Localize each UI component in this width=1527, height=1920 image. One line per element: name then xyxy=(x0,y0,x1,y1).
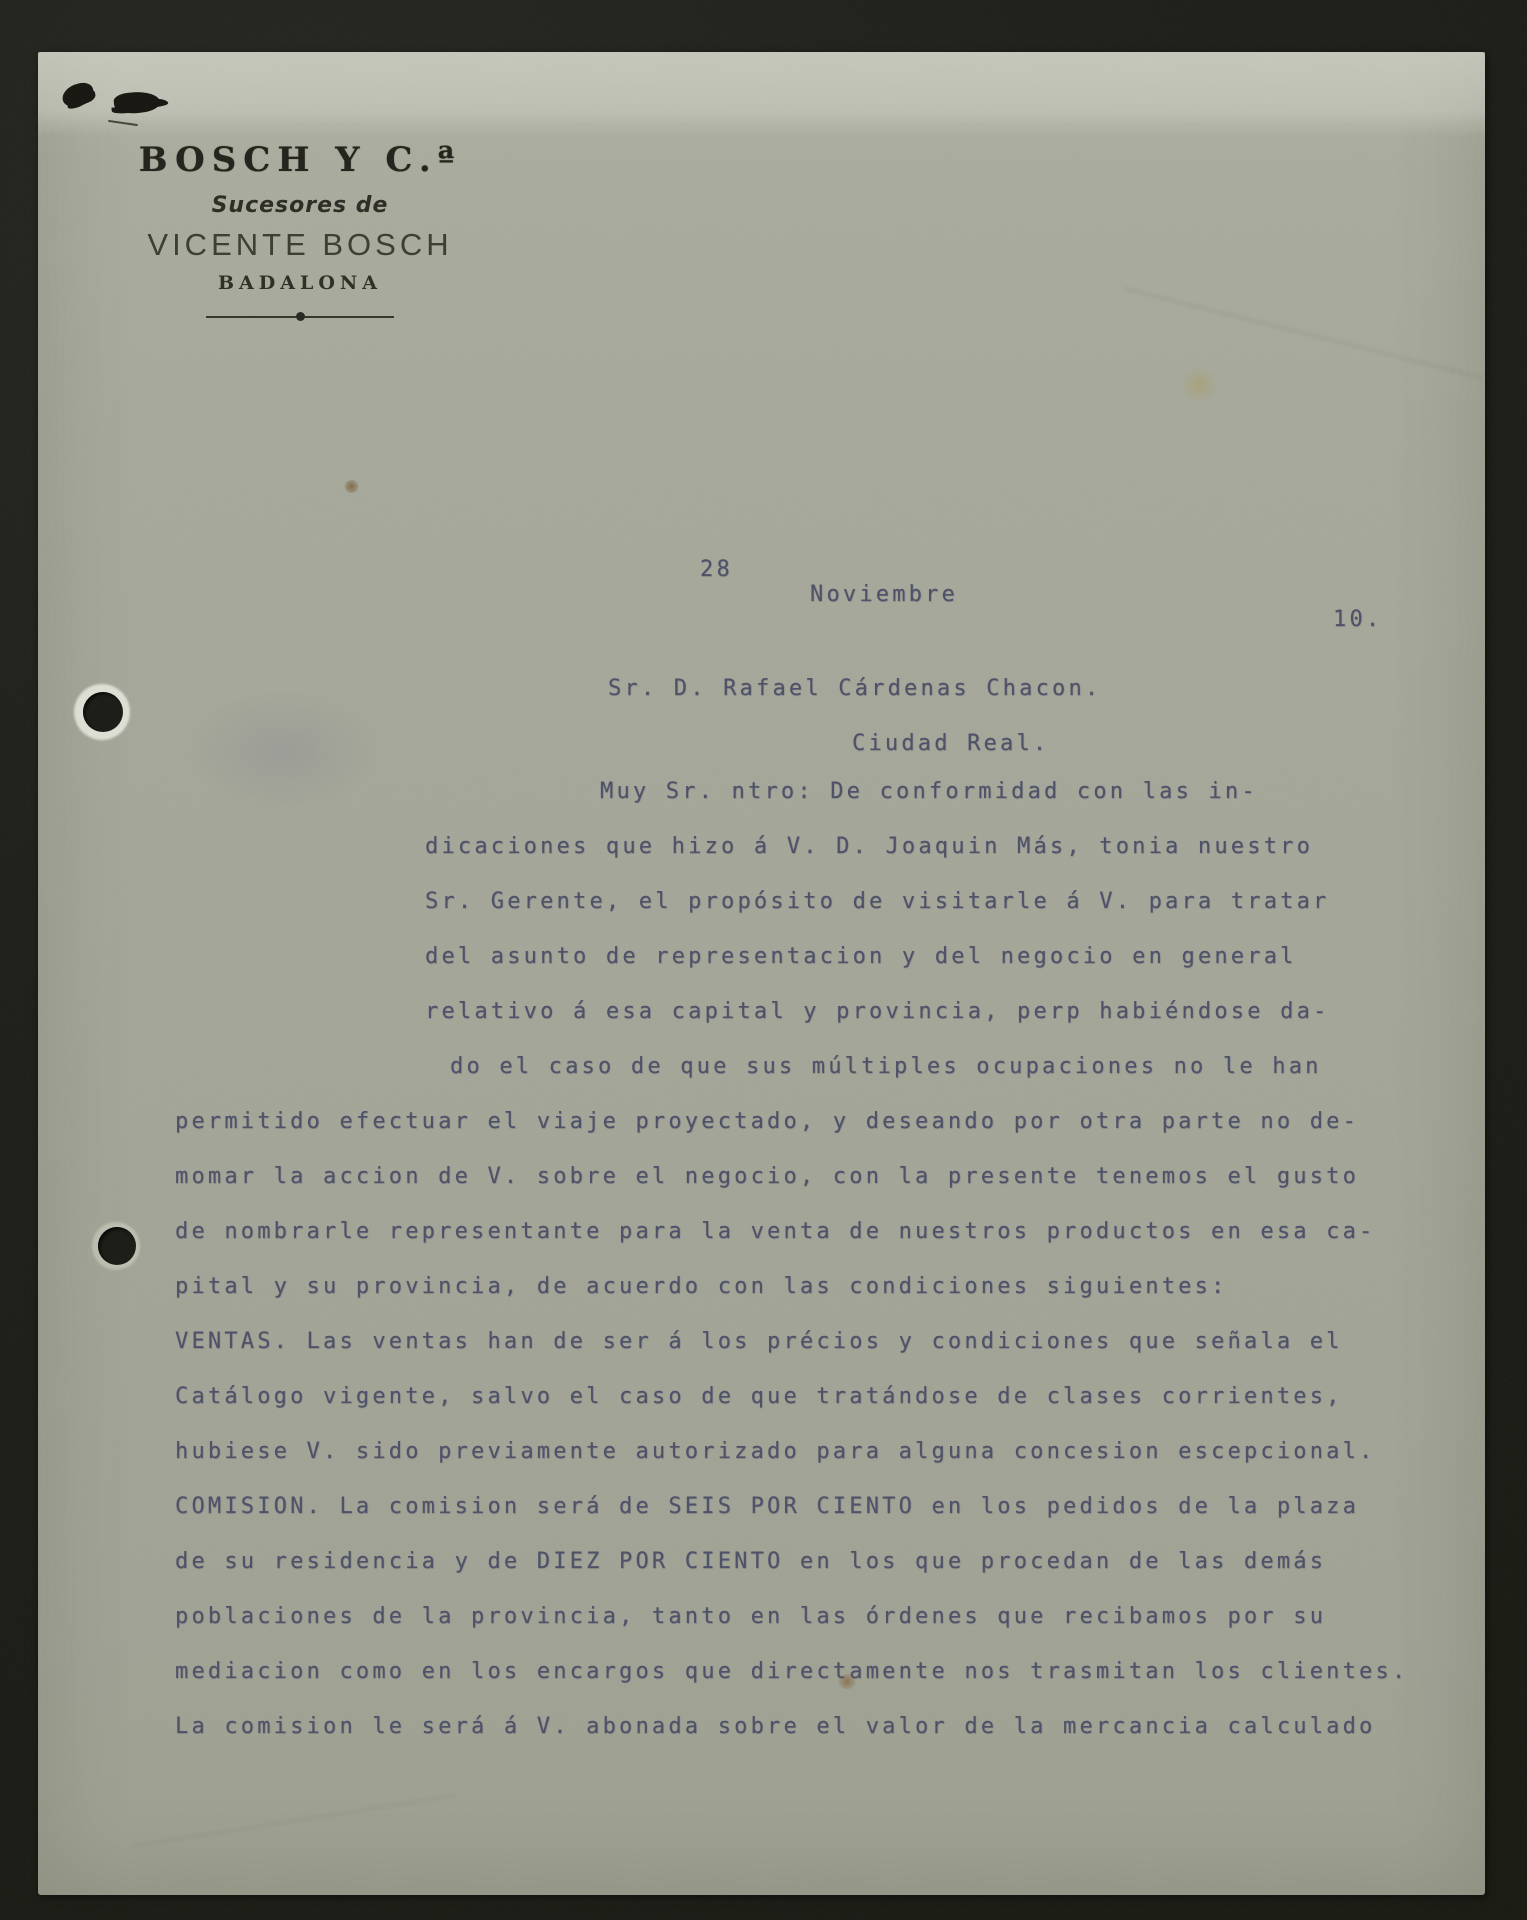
letter-line: poblaciones de la provincia, tanto en la… xyxy=(38,1599,1485,1654)
divider-dot xyxy=(296,312,305,321)
letter-line: dicaciones que hizo á V. D. Joaquin Más,… xyxy=(38,829,1485,884)
letter-line: VENTAS. Las ventas han de ser á los préc… xyxy=(38,1324,1485,1379)
punch-hole xyxy=(98,1227,136,1265)
date-year: 10. xyxy=(1333,607,1382,632)
letter-line: del asunto de representacion y del negoc… xyxy=(38,939,1485,994)
letter-line: de nombrarle representante para la venta… xyxy=(38,1214,1485,1269)
paper-stain xyxy=(344,480,359,493)
letterhead-name: VICENTE BOSCH xyxy=(100,227,500,263)
letterhead: BOSCH Y C.ª Sucesores de VICENTE BOSCH B… xyxy=(100,140,500,321)
letterhead-divider xyxy=(206,312,394,321)
date-month: Noviembre xyxy=(810,582,958,607)
letterhead-subtitle: Sucesores de xyxy=(100,193,500,218)
letter-line: mediacion como en los encargos que direc… xyxy=(38,1654,1485,1709)
letter-line: relativo á esa capital y provincia, perp… xyxy=(38,994,1485,1049)
letter-line: do el caso de que sus múltiples ocupacio… xyxy=(38,1049,1485,1104)
scan-background: BOSCH Y C.ª Sucesores de VICENTE BOSCH B… xyxy=(0,0,1527,1920)
paper-crease xyxy=(130,1794,456,1848)
letter-line: momar la accion de V. sobre el negocio, … xyxy=(38,1159,1485,1214)
letter-line: Catálogo vigente, salvo el caso de que t… xyxy=(38,1379,1485,1434)
letter-page: BOSCH Y C.ª Sucesores de VICENTE BOSCH B… xyxy=(38,52,1485,1895)
punch-hole xyxy=(83,692,123,732)
letter-line: permitido efectuar el viaje proyectado, … xyxy=(38,1104,1485,1159)
paper-crease xyxy=(1123,287,1482,378)
recipient-city-line: Ciudad Real. xyxy=(852,731,1049,756)
paper-top-band xyxy=(38,52,1485,136)
letter-line: hubiese V. sido previamente autorizado p… xyxy=(38,1434,1485,1489)
letter-line: Sr. Gerente, el propósito de visitarle á… xyxy=(38,884,1485,939)
letter-line: COMISION. La comision será de SEIS POR C… xyxy=(38,1489,1485,1544)
letter-line: La comision le será á V. abonada sobre e… xyxy=(38,1709,1485,1764)
date-line: 28 Noviembre 10. xyxy=(38,532,1485,562)
letter-line: pital y su provincia, de acuerdo con las… xyxy=(38,1269,1485,1324)
date-day: 28 xyxy=(700,557,733,582)
letterhead-city: BADALONA xyxy=(100,272,500,294)
letter-line: Muy Sr. ntro: De conformidad con las in- xyxy=(38,774,1485,829)
paper-stain xyxy=(1178,370,1220,400)
letterhead-company: BOSCH Y C.ª xyxy=(100,140,500,180)
letter-body: Muy Sr. ntro: De conformidad con las in-… xyxy=(38,774,1485,1764)
recipient-line: Sr. D. Rafael Cárdenas Chacon. xyxy=(608,676,1101,701)
letter-line: de su residencia y de DIEZ POR CIENTO en… xyxy=(38,1544,1485,1599)
